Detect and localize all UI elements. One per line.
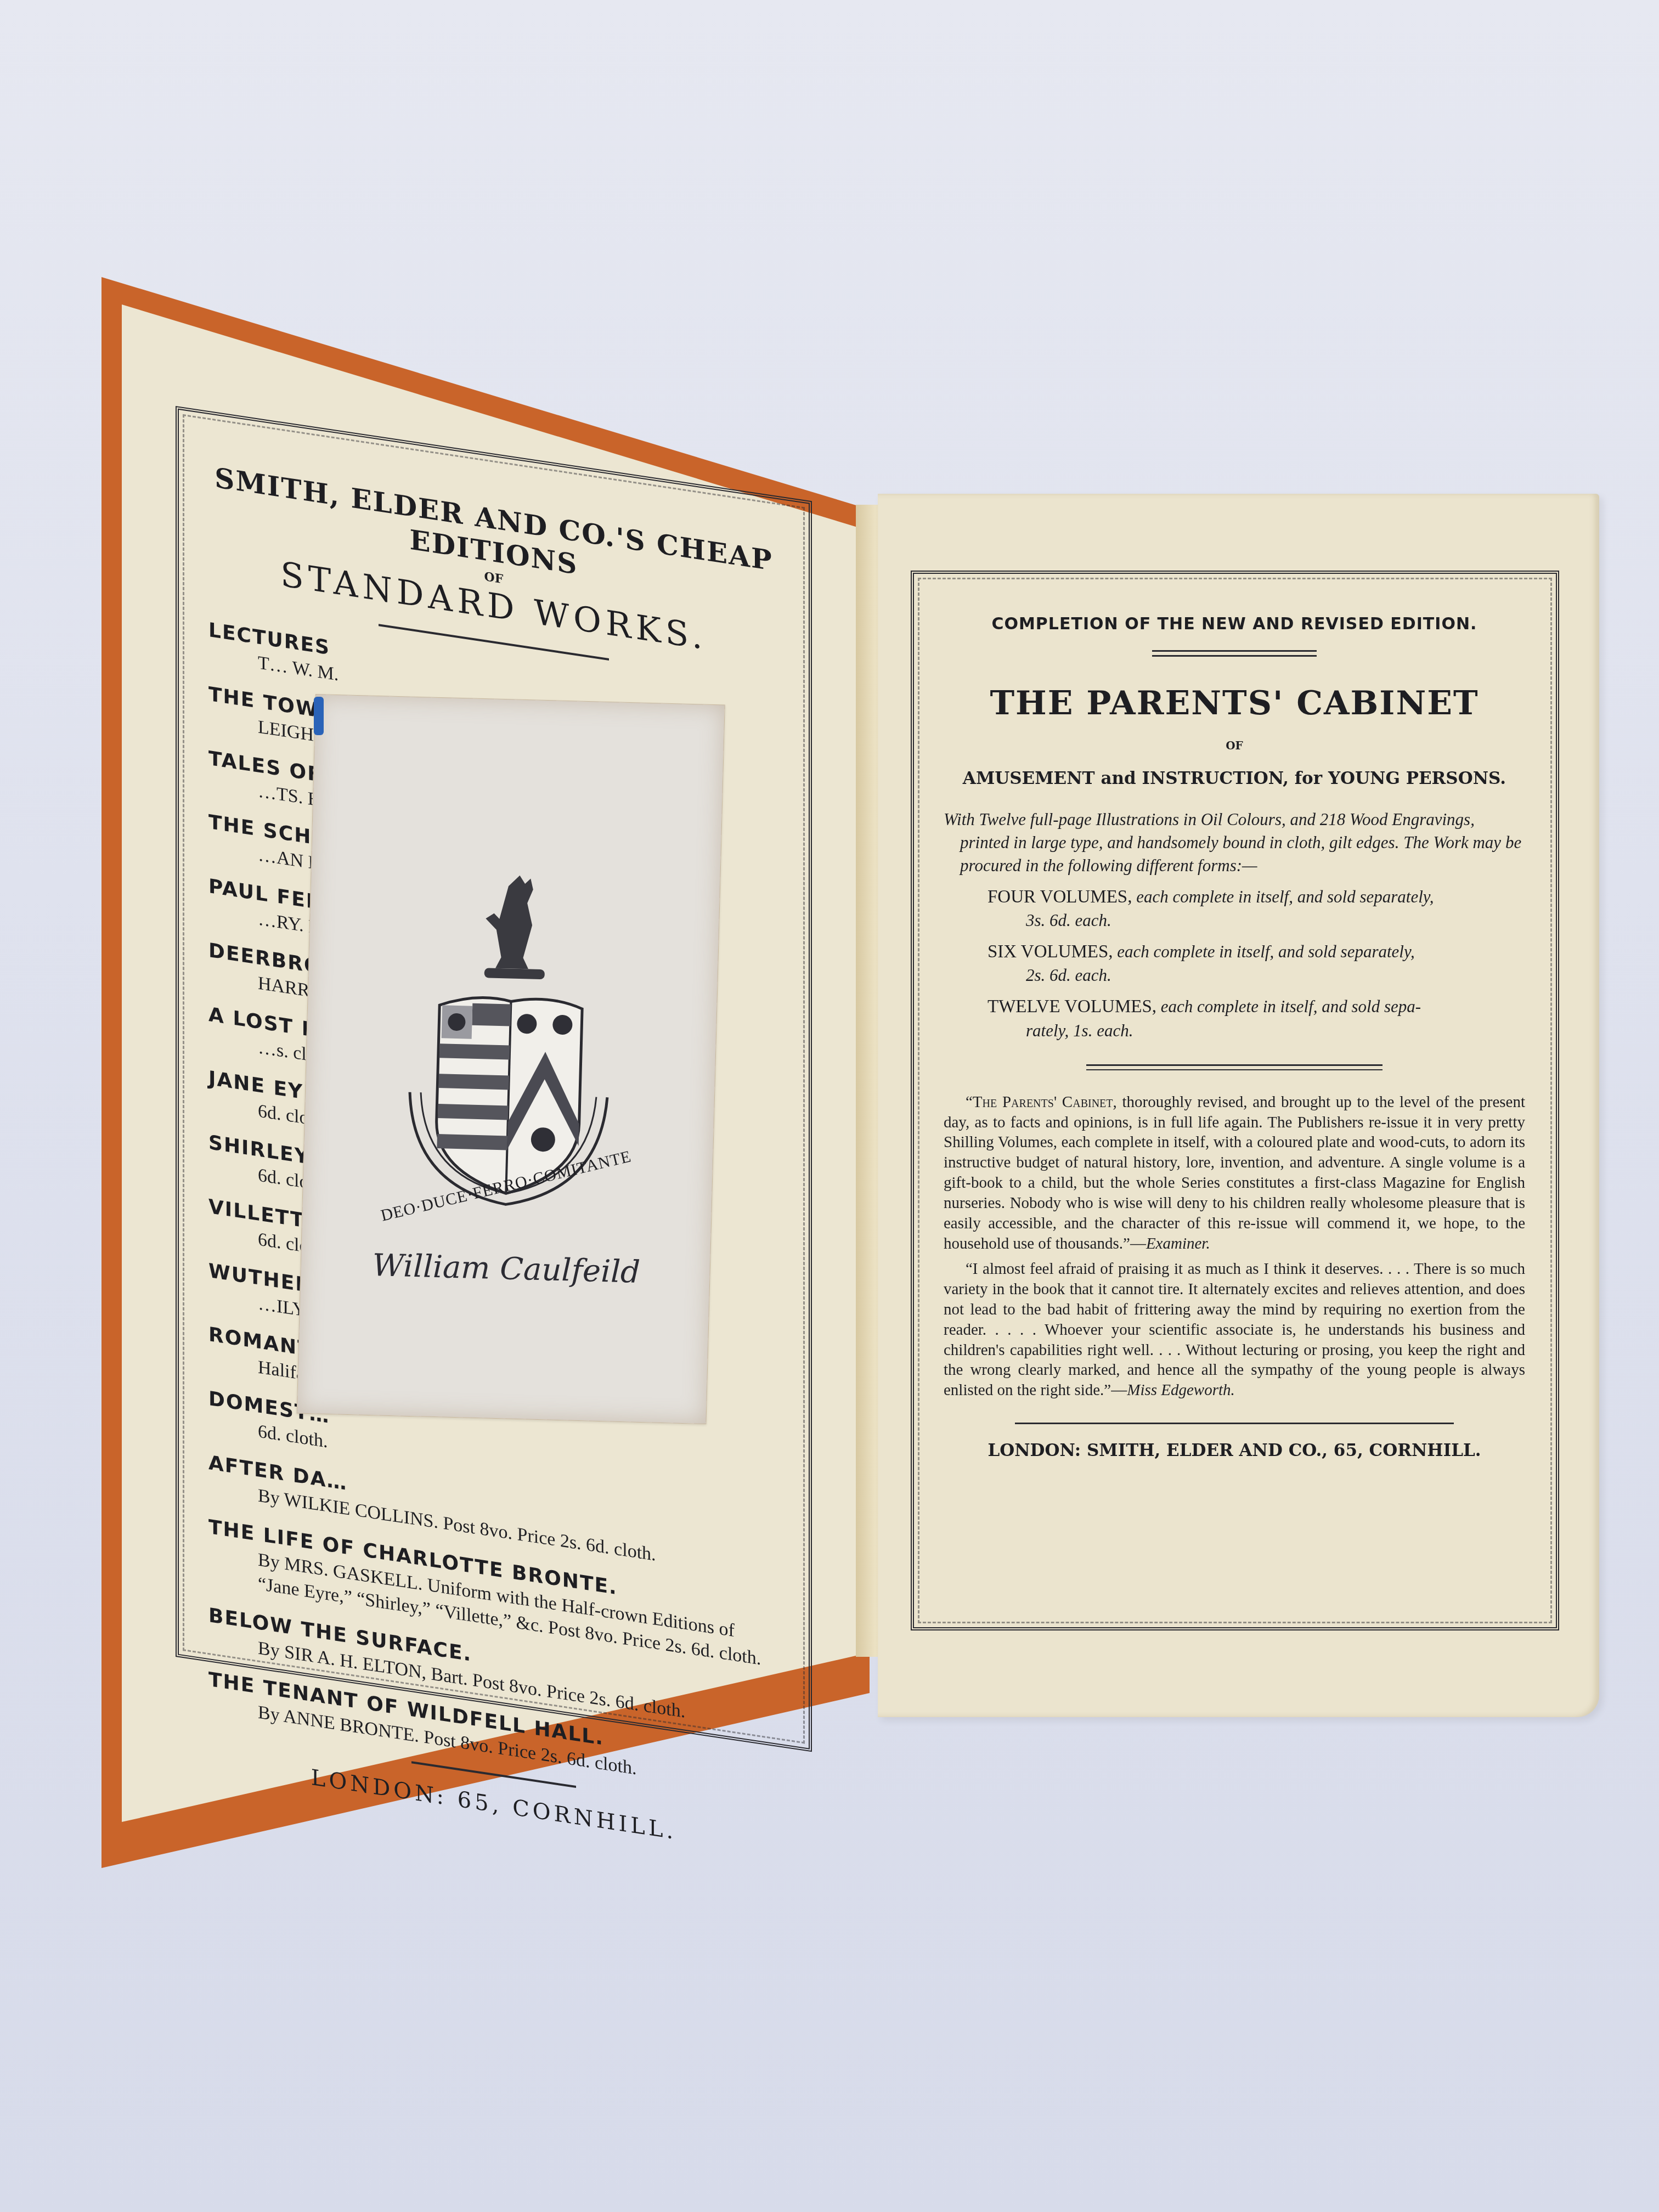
of-label: OF [944, 739, 1525, 752]
bookplate-owner-signature: William Caulfeild [372, 1248, 658, 1291]
right-page-imprint: LONDON: SMITH, ELDER AND CO., 65, CORNHI… [944, 1441, 1525, 1460]
divider-rule [1015, 1423, 1454, 1424]
edition-notice: COMPLETION OF THE NEW AND REVISED EDITIO… [944, 614, 1525, 634]
book-title: THE PARENTS' CABINET [944, 684, 1525, 723]
volume-option: TWELVE VOLUMES, each complete in itself,… [988, 995, 1525, 1042]
volume-option: SIX VOLUMES, each complete in itself, an… [988, 940, 1525, 987]
book-subtitle: AMUSEMENT and INSTRUCTION, for YOUNG PER… [944, 769, 1525, 788]
blue-paper-tab [314, 697, 324, 735]
double-rule [1086, 1064, 1383, 1070]
right-page-advertisement: COMPLETION OF THE NEW AND REVISED EDITIO… [944, 603, 1525, 1460]
review-examiner: “The Parents' Cabinet, thoroughly revise… [944, 1092, 1525, 1254]
edition-description: With Twelve full-page Illustrations in O… [944, 808, 1525, 877]
armorial-bookplate: DEO·DUCE·FERRO·COMITANTE William Caulfei… [297, 694, 725, 1424]
review-edgeworth: “I almost feel afraid of praising it as … [944, 1259, 1525, 1401]
double-rule [1152, 650, 1317, 657]
photo-scene: SMITH, ELDER AND CO.'S CHEAP EDITIONS OF… [0, 0, 1659, 2212]
volume-option: FOUR VOLUMES, each complete in itself, a… [988, 885, 1525, 932]
